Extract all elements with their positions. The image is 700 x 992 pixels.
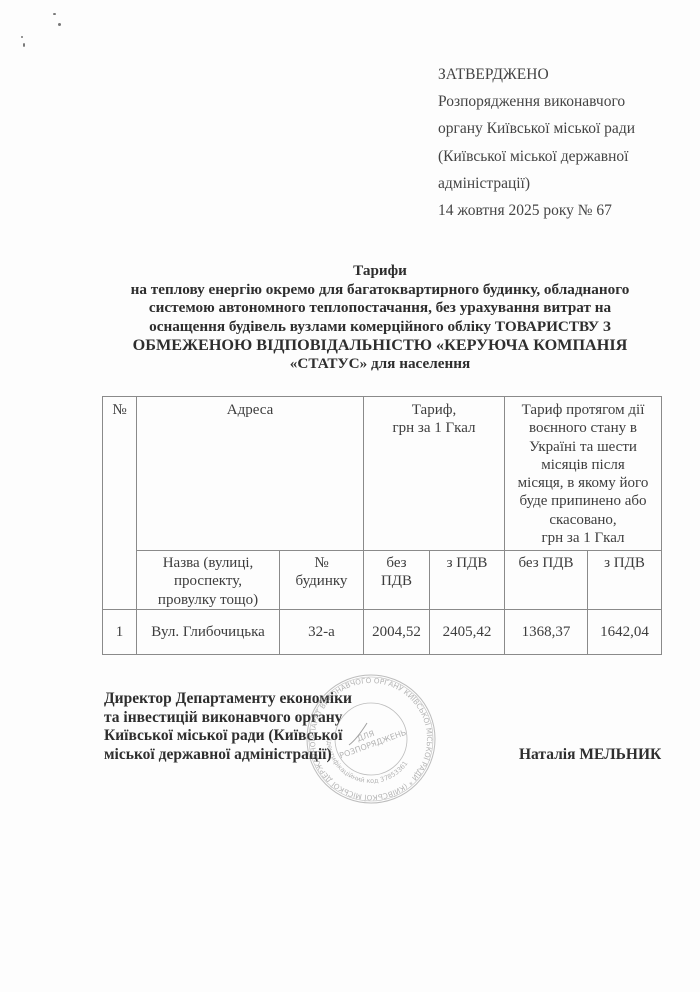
table-subheader-row: Назва (вулиці, проспекту, провулку тощо)… [103, 551, 662, 610]
header-wartime-line: Україні та шести [505, 438, 661, 456]
cell-house: 32-а [280, 609, 364, 654]
document-title: Тарифи на теплову енергію окремо для баг… [100, 262, 660, 374]
title-line: на теплову енергію окремо для багатоквар… [100, 281, 660, 300]
table-header-row: № Адреса Тариф, грн за 1 Гкал Тариф прот… [103, 397, 662, 551]
cell-number: 1 [103, 609, 137, 654]
approval-block: ЗАТВЕРДЖЕНО Розпорядження виконавчого ор… [438, 61, 688, 224]
header-wartime-vat: з ПДВ [588, 551, 662, 610]
cell-tariff-no-vat: 2004,52 [364, 609, 430, 654]
header-wartime-tariff: Тариф протягом дії воєнного стану в Укра… [505, 397, 662, 551]
header-house-line: № [280, 554, 363, 572]
header-line: з ПДВ [447, 555, 488, 571]
header-number-label: № [112, 402, 126, 418]
header-tariff-label: Тариф, [364, 401, 504, 419]
title-line: оснащення будівель вузлами комерційного … [100, 318, 660, 337]
header-line: без ПДВ [518, 555, 573, 571]
header-wartime-line: буде припинено або [505, 492, 661, 510]
header-wartime-line: місяця, в якому його [505, 474, 661, 492]
header-wartime-line: воєнного стану в [505, 419, 661, 437]
header-street-line: провулку тощо) [137, 591, 279, 609]
approval-line: (Київської міської державної [438, 143, 688, 170]
header-street: Назва (вулиці, проспекту, провулку тощо) [137, 551, 280, 610]
cell-wartime-no-vat: 1368,37 [505, 609, 588, 654]
scan-speck [21, 36, 23, 38]
title-line: «СТАТУС» для населення [100, 355, 660, 374]
cell-street: Вул. Глибочицька [137, 609, 280, 654]
header-address: Адреса [137, 397, 364, 551]
cell-tariff-vat: 2405,42 [430, 609, 505, 654]
header-number: № [103, 397, 137, 610]
header-line: без [364, 554, 429, 572]
table-row: 1 Вул. Глибочицька 32-а 2004,52 2405,42 … [103, 609, 662, 654]
header-tariff: Тариф, грн за 1 Гкал [364, 397, 505, 551]
approval-line: органу Київської міської ради [438, 115, 688, 142]
header-line: з ПДВ [604, 555, 645, 571]
header-street-line: проспекту, [137, 572, 279, 590]
header-wartime-line: Тариф протягом дії [505, 401, 661, 419]
header-wartime-line: місяців після [505, 456, 661, 474]
approval-line: Розпорядження виконавчого [438, 88, 688, 115]
scan-speck [53, 13, 56, 15]
header-tariff-unit: грн за 1 Гкал [364, 419, 504, 437]
title-heading: Тарифи [100, 262, 660, 281]
header-house-line: будинку [280, 572, 363, 590]
header-street-line: Назва (вулиці, [137, 554, 279, 572]
cell-wartime-vat: 1642,04 [588, 609, 662, 654]
header-wartime-line: скасовано, [505, 511, 661, 529]
official-stamp-icon: АПАРАТ ВИКОНАВЧОГО ОРГАНУ КИЇВСЬКОЇ МІСЬ… [305, 673, 437, 805]
header-line: ПДВ [364, 572, 429, 590]
header-house: № будинку [280, 551, 364, 610]
header-wartime-no-vat: без ПДВ [505, 551, 588, 610]
header-address-label: Адреса [227, 402, 274, 418]
approval-date: 14 жовтня 2025 року № 67 [438, 197, 688, 224]
signer-name: Наталія МЕЛЬНИК [519, 746, 661, 764]
tariff-table: № Адреса Тариф, грн за 1 Гкал Тариф прот… [102, 396, 662, 655]
title-line: ОБМЕЖЕНОЮ ВІДПОВІДАЛЬНІСТЮ «КЕРУЮЧА КОМП… [100, 336, 660, 355]
approval-line: адміністрації) [438, 170, 688, 197]
header-wartime-unit: грн за 1 Гкал [505, 529, 661, 547]
approval-stamp-word: ЗАТВЕРДЖЕНО [438, 61, 688, 88]
header-tariff-no-vat: без ПДВ [364, 551, 430, 610]
title-line: системою автономного теплопостачання, бе… [100, 299, 660, 318]
scan-speck [23, 43, 25, 47]
scan-speck [58, 23, 61, 26]
header-tariff-vat: з ПДВ [430, 551, 505, 610]
